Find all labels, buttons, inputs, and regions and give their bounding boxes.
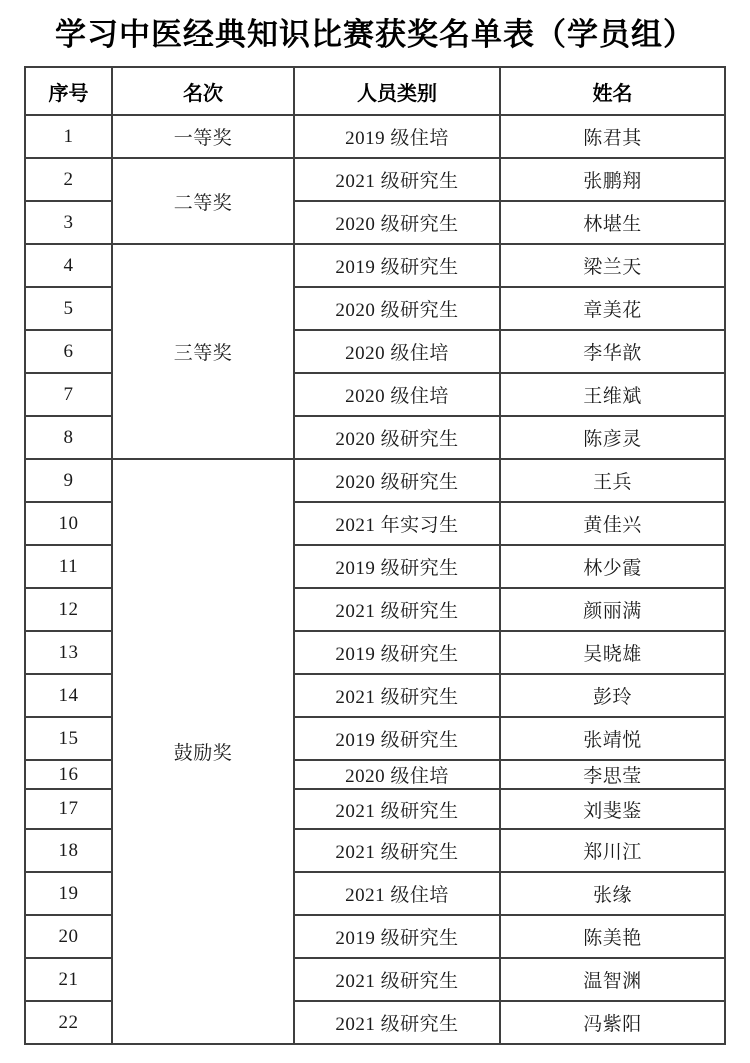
name-cell: 张鹏翔 <box>500 158 725 201</box>
name-cell: 李思莹 <box>500 760 725 789</box>
name-cell: 陈君其 <box>500 115 725 158</box>
header-category: 人员类别 <box>294 67 500 115</box>
category-cell: 2021 级研究生 <box>294 958 500 1001</box>
category-cell: 2019 级研究生 <box>294 244 500 287</box>
category-cell: 2019 级研究生 <box>294 717 500 760</box>
serial-cell: 7 <box>25 373 112 416</box>
rank-cell-encouragement-prize: 鼓励奖 <box>112 459 294 1044</box>
category-cell: 2021 级研究生 <box>294 158 500 201</box>
category-cell: 2021 级研究生 <box>294 789 500 829</box>
name-cell: 冯紫阳 <box>500 1001 725 1044</box>
page-title: 学习中医经典知识比赛获奖名单表（学员组） <box>0 0 750 55</box>
name-cell: 温智渊 <box>500 958 725 1001</box>
table-row: 1 一等奖 2019 级住培 陈君其 <box>25 115 725 158</box>
name-cell: 林堪生 <box>500 201 725 244</box>
serial-cell: 14 <box>25 674 112 717</box>
name-cell: 吴晓雄 <box>500 631 725 674</box>
serial-cell: 22 <box>25 1001 112 1044</box>
category-cell: 2020 级住培 <box>294 760 500 789</box>
serial-cell: 12 <box>25 588 112 631</box>
category-cell: 2020 级研究生 <box>294 416 500 459</box>
category-cell: 2021 级研究生 <box>294 1001 500 1044</box>
serial-cell: 8 <box>25 416 112 459</box>
serial-cell: 16 <box>25 760 112 789</box>
header-row: 序号 名次 人员类别 姓名 <box>25 67 725 115</box>
document-page: 学习中医经典知识比赛获奖名单表（学员组） 序号 名次 人员类别 姓名 1 一等奖… <box>0 0 750 1063</box>
name-cell: 林少霞 <box>500 545 725 588</box>
serial-cell: 1 <box>25 115 112 158</box>
serial-cell: 19 <box>25 872 112 915</box>
rank-cell-first-prize: 一等奖 <box>112 115 294 158</box>
name-cell: 张靖悦 <box>500 717 725 760</box>
category-cell: 2021 年实习生 <box>294 502 500 545</box>
header-rank: 名次 <box>112 67 294 115</box>
awards-table: 序号 名次 人员类别 姓名 1 一等奖 2019 级住培 陈君其 2 二等奖 2… <box>24 66 726 1045</box>
name-cell: 黄佳兴 <box>500 502 725 545</box>
category-cell: 2020 级研究生 <box>294 201 500 244</box>
name-cell: 刘斐鉴 <box>500 789 725 829</box>
table-row: 2 二等奖 2021 级研究生 张鹏翔 <box>25 158 725 201</box>
serial-cell: 15 <box>25 717 112 760</box>
table-row: 4 三等奖 2019 级研究生 梁兰天 <box>25 244 725 287</box>
serial-cell: 5 <box>25 287 112 330</box>
header-no: 序号 <box>25 67 112 115</box>
serial-cell: 18 <box>25 829 112 872</box>
name-cell: 王维斌 <box>500 373 725 416</box>
serial-cell: 6 <box>25 330 112 373</box>
name-cell: 陈彦灵 <box>500 416 725 459</box>
category-cell: 2021 级研究生 <box>294 829 500 872</box>
category-cell: 2020 级研究生 <box>294 459 500 502</box>
name-cell: 梁兰天 <box>500 244 725 287</box>
name-cell: 郑川江 <box>500 829 725 872</box>
category-cell: 2021 级研究生 <box>294 674 500 717</box>
serial-cell: 21 <box>25 958 112 1001</box>
serial-cell: 10 <box>25 502 112 545</box>
category-cell: 2020 级研究生 <box>294 287 500 330</box>
header-name: 姓名 <box>500 67 725 115</box>
serial-cell: 9 <box>25 459 112 502</box>
serial-cell: 13 <box>25 631 112 674</box>
serial-cell: 20 <box>25 915 112 958</box>
category-cell: 2021 级住培 <box>294 872 500 915</box>
category-cell: 2019 级研究生 <box>294 545 500 588</box>
category-cell: 2020 级住培 <box>294 373 500 416</box>
name-cell: 陈美艳 <box>500 915 725 958</box>
category-cell: 2019 级住培 <box>294 115 500 158</box>
name-cell: 章美花 <box>500 287 725 330</box>
name-cell: 颜丽满 <box>500 588 725 631</box>
serial-cell: 11 <box>25 545 112 588</box>
serial-cell: 17 <box>25 789 112 829</box>
serial-cell: 2 <box>25 158 112 201</box>
name-cell: 彭玲 <box>500 674 725 717</box>
name-cell: 张缘 <box>500 872 725 915</box>
serial-cell: 3 <box>25 201 112 244</box>
name-cell: 王兵 <box>500 459 725 502</box>
category-cell: 2020 级住培 <box>294 330 500 373</box>
category-cell: 2019 级研究生 <box>294 915 500 958</box>
category-cell: 2019 级研究生 <box>294 631 500 674</box>
serial-cell: 4 <box>25 244 112 287</box>
rank-cell-third-prize: 三等奖 <box>112 244 294 459</box>
table-row: 9 鼓励奖 2020 级研究生 王兵 <box>25 459 725 502</box>
category-cell: 2021 级研究生 <box>294 588 500 631</box>
rank-cell-second-prize: 二等奖 <box>112 158 294 244</box>
name-cell: 李华歆 <box>500 330 725 373</box>
